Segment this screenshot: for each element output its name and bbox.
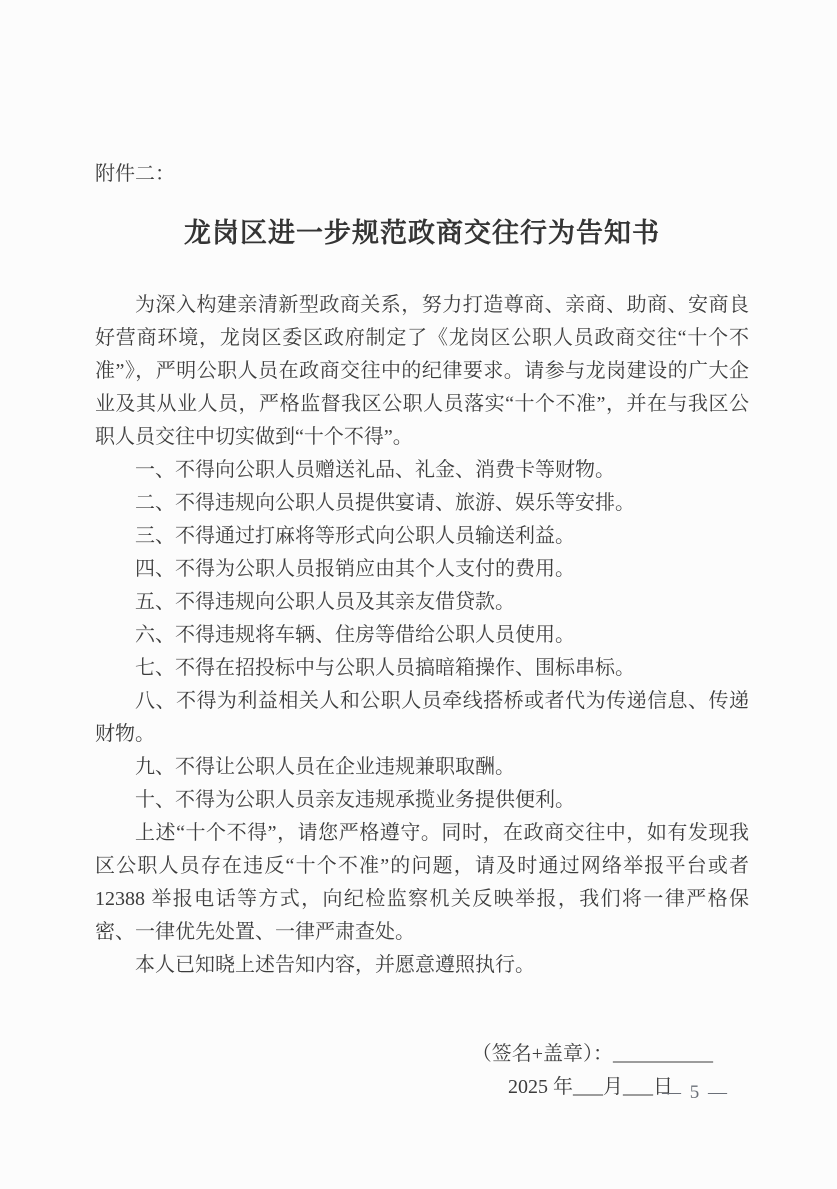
list-item-7: 七、不得在招投标中与公职人员搞暗箱操作、围标串标。 [95,652,749,685]
list-item-8: 八、不得为利益相关人和公职人员牵线搭桥或者代为传递信息、传递财物。 [95,685,749,751]
page-number: — 5 — [662,1082,729,1104]
date-line: 2025 年___月___日 [95,1071,749,1104]
list-item-2: 二、不得违规向公职人员提供宴请、旅游、娱乐等安排。 [95,487,749,520]
signature-block: （签名+盖章）：__________ 2025 年___月___日 [95,1038,749,1104]
attachment-label: 附件二： [95,158,749,191]
list-item-3: 三、不得通过打麻将等形式向公职人员输送利益。 [95,520,749,553]
document-content: 附件二： 龙岗区进一步规范政商交往行为告知书 为深入构建亲清新型政商关系，努力打… [95,158,749,1104]
closing-paragraph: 上述“十个不得”，请您严格遵守。同时，在政商交往中，如有发现我区公职人员存在违反… [95,817,749,949]
list-item-10: 十、不得为公职人员亲友违规承揽业务提供便利。 [95,784,749,817]
list-item-1: 一、不得向公职人员赠送礼品、礼金、消费卡等财物。 [95,454,749,487]
signature-line: （签名+盖章）：__________ [95,1038,749,1071]
intro-paragraph: 为深入构建亲清新型政商关系，努力打造尊商、亲商、助商、安商良好营商环境，龙岗区委… [95,289,749,454]
list-item-5: 五、不得违规向公职人员及其亲友借贷款。 [95,586,749,619]
acknowledgement-line: 本人已知晓上述告知内容，并愿意遵照执行。 [95,949,749,982]
list-item-9: 九、不得让公职人员在企业违规兼职取酬。 [95,751,749,784]
list-item-6: 六、不得违规将车辆、住房等借给公职人员使用。 [95,619,749,652]
list-item-4: 四、不得为公职人员报销应由其个人支付的费用。 [95,553,749,586]
document-page: 附件二： 龙岗区进一步规范政商交往行为告知书 为深入构建亲清新型政商关系，努力打… [0,0,837,1189]
page-title: 龙岗区进一步规范政商交往行为告知书 [95,215,749,251]
